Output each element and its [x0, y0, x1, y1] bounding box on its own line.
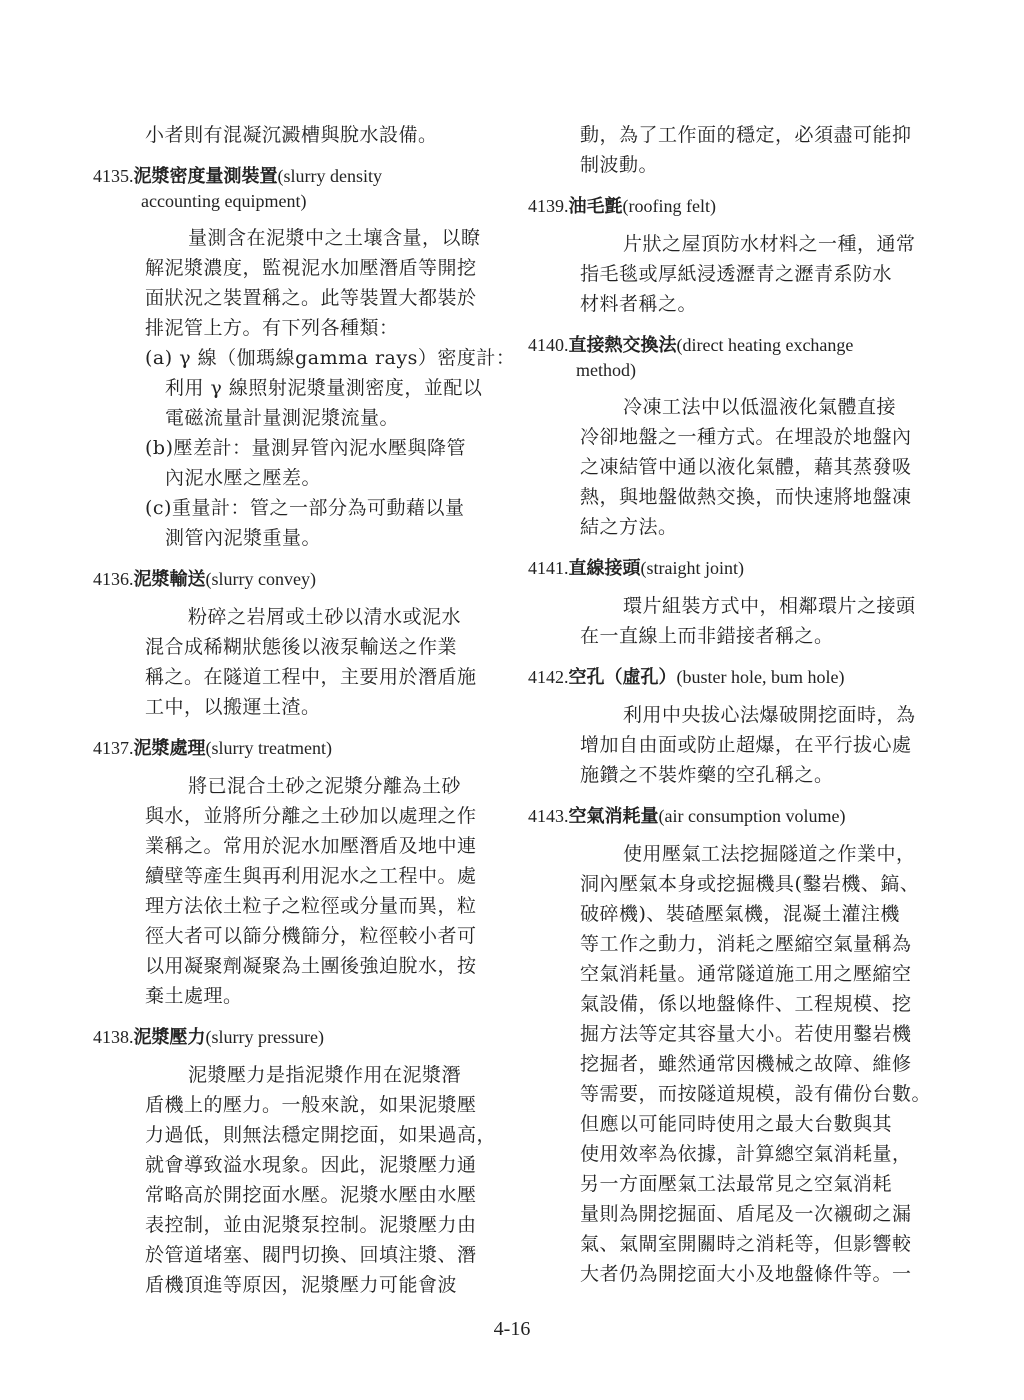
entry-number: 4139. [528, 196, 569, 216]
body-line: 工中，以搬運土渣。 [93, 692, 503, 722]
body-line: 混合成稀糊狀態後以液泵輸送之作業 [93, 632, 503, 662]
entry-term-en: (direct heating exchange [677, 335, 854, 355]
entry-term-zh: 直線接頭 [569, 558, 641, 579]
body-line: 大者仍為開挖面大小及地盤條件等。一 [528, 1259, 938, 1289]
body-line: 但應以可能同時使用之最大台數與其 [528, 1109, 938, 1139]
list-item-c-cont: 測管內泥漿重量。 [93, 523, 503, 553]
body-line: 增加自由面或防止超爆，在平行拔心處 [528, 730, 938, 760]
body-line: 面狀況之裝置稱之。此等裝置大都裝於 [93, 283, 503, 313]
entry-term-en-cont: accounting equipment) [93, 189, 503, 213]
entry-term-en: (air consumption volume) [659, 806, 846, 826]
list-item-a: (a) γ 線（伽瑪線gamma rays）密度計： [93, 343, 503, 373]
entry-heading: 4137.泥漿處理(slurry treatment) [93, 736, 503, 761]
entry-number: 4136. [93, 569, 134, 589]
list-item-b-cont: 內泥水壓之壓差。 [93, 463, 503, 493]
body-line: 力過低，則無法穩定開挖面，如果過高， [93, 1120, 503, 1150]
body-line: 以用凝聚劑凝聚為土團後強迫脫水，按 [93, 951, 503, 981]
list-item-b: (b)壓差計：量測昇管內泥水壓與降管 [93, 433, 503, 463]
entry-term-zh: 泥漿處理 [134, 738, 206, 759]
entry-heading: 4143.空氣消耗量(air consumption volume) [528, 804, 938, 829]
body-line: 表控制，並由泥漿泵控制。泥漿壓力由 [93, 1210, 503, 1240]
entry-heading: 4140.直接熱交換法(direct heating exchange meth… [528, 333, 938, 382]
entry-heading: 4135.泥漿密度量測裝置(slurry density accounting … [93, 164, 503, 213]
entry-heading: 4138.泥漿壓力(slurry pressure) [93, 1025, 503, 1050]
entry-term-zh: 泥漿密度量測裝置 [134, 166, 278, 187]
body-line: 粉碎之岩屑或土砂以清水或泥水 [93, 602, 503, 632]
body-line: 挖掘者，雖然通常因機械之故障、維修 [528, 1049, 938, 1079]
entry-heading: 4136.泥漿輸送(slurry convey) [93, 567, 503, 592]
entry-term-en: (slurry convey) [206, 569, 316, 589]
entry-4135: 4135.泥漿密度量測裝置(slurry density accounting … [93, 164, 503, 553]
body-line: 空氣消耗量。通常隧道施工用之壓縮空 [528, 959, 938, 989]
body-line: 破碎機)、裝碴壓氣機，混凝土灌注機 [528, 899, 938, 929]
body-line: 與水，並將所分離之土砂加以處理之作 [93, 801, 503, 831]
body-line: 徑大者可以篩分機篩分，粒徑較小者可 [93, 921, 503, 951]
entry-term-en: (slurry treatment) [206, 738, 332, 758]
body-line: 稱之。在隧道工程中，主要用於潛盾施 [93, 662, 503, 692]
body-line: 量則為開挖掘面、盾尾及一次襯砌之漏 [528, 1199, 938, 1229]
body-line: 指毛毯或厚紙浸透瀝青之瀝青系防水 [528, 259, 938, 289]
entry-number: 4140. [528, 335, 569, 355]
entry-term-en: (roofing felt) [623, 196, 716, 216]
entry-4140: 4140.直接熱交換法(direct heating exchange meth… [528, 333, 938, 542]
body-line: 熱，與地盤做熱交換，而快速將地盤凍 [528, 482, 938, 512]
continuation-line: 制波動。 [528, 150, 938, 180]
body-line: 續壁等產生與再利用泥水之工程中。處 [93, 861, 503, 891]
body-line: 另一方面壓氣工法最常見之空氣消耗 [528, 1169, 938, 1199]
entry-4142: 4142.空孔（虛孔）(buster hole, bum hole) 利用中央拔… [528, 665, 938, 790]
body-line: 常略高於開挖面水壓。泥漿水壓由水壓 [93, 1180, 503, 1210]
entry-4141: 4141.直線接頭(straight joint) 環片組裝方式中，相鄰環片之接… [528, 556, 938, 651]
entry-number: 4135. [93, 166, 134, 186]
entry-term-en: (slurry pressure) [206, 1027, 324, 1047]
body-line: 冷卻地盤之一種方式。在埋設於地盤內 [528, 422, 938, 452]
list-item-a-cont: 利用 γ 線照射泥漿量測密度，並配以 [93, 373, 503, 403]
entry-number: 4141. [528, 558, 569, 578]
entry-term-zh: 泥漿輸送 [134, 569, 206, 590]
right-column: 動，為了工作面的穩定，必須盡可能抑 制波動。 4139.油毛氈(roofing … [528, 120, 938, 1289]
body-line: 施鑽之不裝炸藥的空孔稱之。 [528, 760, 938, 790]
body-line: 棄土處理。 [93, 981, 503, 1011]
body-line: 環片組裝方式中，相鄰環片之接頭 [528, 591, 938, 621]
entry-4138: 4138.泥漿壓力(slurry pressure) 泥漿壓力是指泥漿作用在泥漿… [93, 1025, 503, 1300]
entry-term-zh: 空氣消耗量 [569, 806, 659, 827]
entry-heading: 4141.直線接頭(straight joint) [528, 556, 938, 581]
entry-4136: 4136.泥漿輸送(slurry convey) 粉碎之岩屑或土砂以清水或泥水 … [93, 567, 503, 722]
entry-term-zh: 直接熱交換法 [569, 335, 677, 356]
body-line: 排泥管上方。有下列各種類： [93, 313, 503, 343]
body-line: 在一直線上而非錯接者稱之。 [528, 621, 938, 651]
body-line: 洞內壓氣本身或挖掘機具(鑿岩機、鎬、 [528, 869, 938, 899]
list-item-c: (c)重量計：管之一部分為可動藉以量 [93, 493, 503, 523]
body-line: 片狀之屋頂防水材料之一種，通常 [528, 229, 938, 259]
entry-4143: 4143.空氣消耗量(air consumption volume) 使用壓氣工… [528, 804, 938, 1289]
body-line: 氣、氣閘室開關時之消耗等，但影響較 [528, 1229, 938, 1259]
continuation-line: 小者則有混凝沉澱槽與脫水設備。 [93, 120, 503, 150]
body-line: 等工作之動力，消耗之壓縮空氣量稱為 [528, 929, 938, 959]
body-line: 盾機上的壓力。一般來說，如果泥漿壓 [93, 1090, 503, 1120]
entry-term-zh: 空孔（虛孔） [569, 667, 677, 688]
body-line: 盾機頂進等原因，泥漿壓力可能會波 [93, 1270, 503, 1300]
entry-4137: 4137.泥漿處理(slurry treatment) 將已混合土砂之泥漿分離為… [93, 736, 503, 1011]
entry-term-en: (straight joint) [641, 558, 744, 578]
left-column: 小者則有混凝沉澱槽與脫水設備。 4135.泥漿密度量測裝置(slurry den… [93, 120, 503, 1300]
entry-number: 4142. [528, 667, 569, 687]
body-line: 之凍結管中通以液化氣體，藉其蒸發吸 [528, 452, 938, 482]
body-line: 氣設備，係以地盤條件、工程規模、挖 [528, 989, 938, 1019]
body-line: 材料者稱之。 [528, 289, 938, 319]
entry-term-en: (slurry density [278, 166, 382, 186]
body-line: 冷凍工法中以低溫液化氣體直接 [528, 392, 938, 422]
body-line: 泥漿壓力是指泥漿作用在泥漿潛 [93, 1060, 503, 1090]
entry-number: 4138. [93, 1027, 134, 1047]
body-line: 量測含在泥漿中之土壤含量，以瞭 [93, 223, 503, 253]
entry-term-en: (buster hole, bum hole) [677, 667, 845, 687]
page-number: 4-16 [0, 1318, 1024, 1341]
body-line: 將已混合土砂之泥漿分離為土砂 [93, 771, 503, 801]
continuation-line: 動，為了工作面的穩定，必須盡可能抑 [528, 120, 938, 150]
entry-4139: 4139.油毛氈(roofing felt) 片狀之屋頂防水材料之一種，通常 指… [528, 194, 938, 319]
body-line: 使用壓氣工法挖掘隧道之作業中， [528, 839, 938, 869]
entry-number: 4143. [528, 806, 569, 826]
entry-term-en-cont: method) [528, 358, 938, 382]
entry-number: 4137. [93, 738, 134, 758]
body-line: 等需要，而按隧道規模，設有備份台數。 [528, 1079, 938, 1109]
body-line: 利用中央拔心法爆破開挖面時，為 [528, 700, 938, 730]
body-line: 就會導致溢水現象。因此，泥漿壓力通 [93, 1150, 503, 1180]
body-line: 業稱之。常用於泥水加壓潛盾及地中連 [93, 831, 503, 861]
body-line: 結之方法。 [528, 512, 938, 542]
body-line: 使用效率為依據，計算總空氣消耗量， [528, 1139, 938, 1169]
entry-heading: 4139.油毛氈(roofing felt) [528, 194, 938, 219]
body-line: 解泥漿濃度，監視泥水加壓潛盾等開挖 [93, 253, 503, 283]
body-line: 掘方法等定其容量大小。若使用鑿岩機 [528, 1019, 938, 1049]
body-line: 於管道堵塞、閥門切換、回填注漿、潛 [93, 1240, 503, 1270]
entry-term-zh: 油毛氈 [569, 196, 623, 217]
entry-term-zh: 泥漿壓力 [134, 1027, 206, 1048]
list-item-a-cont: 電磁流量計量測泥漿流量。 [93, 403, 503, 433]
entry-heading: 4142.空孔（虛孔）(buster hole, bum hole) [528, 665, 938, 690]
body-line: 理方法依土粒子之粒徑或分量而異，粒 [93, 891, 503, 921]
